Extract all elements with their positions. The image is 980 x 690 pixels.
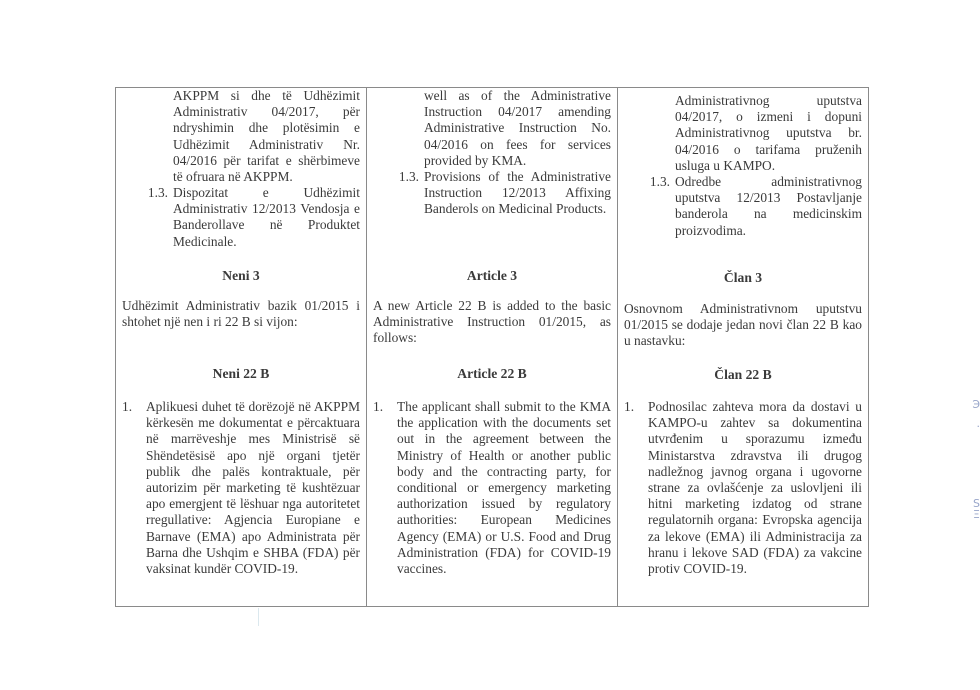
column-english: well as of the Administrative Instructio… <box>367 88 618 606</box>
list-number: 1. <box>624 399 648 577</box>
list-text: Podnosilac zahteva mora da dostavi u KAM… <box>648 399 862 577</box>
article-intro: Osnovnom Administrativnom uputstvu 01/20… <box>624 301 862 350</box>
list-number: 1.3. <box>122 185 173 250</box>
list-item-1: 1. Aplikuesi duhet të dorëzojë në AKPPM … <box>122 399 360 577</box>
list-number: 1. <box>122 399 146 577</box>
scan-artifact-line <box>258 608 259 626</box>
list-item-1-3: 1.3. Provisions of the Administrative In… <box>373 169 611 218</box>
list-number: 1.3. <box>624 174 675 239</box>
article-intro: Udhëzimit Administrativ bazik 01/2015 i … <box>122 298 360 330</box>
list-item-1: 1. The applicant shall submit to the KMA… <box>373 399 611 577</box>
article-intro: A new Article 22 B is added to the basic… <box>373 298 611 347</box>
list-text: The applicant shall submit to the KMA th… <box>397 399 611 577</box>
sub-article-heading: Article 22 B <box>373 366 611 382</box>
column-albanian: AKPPM si dhe të Udhëzimit Administrativ … <box>116 88 367 606</box>
continued-item-text: well as of the Administrative Instructio… <box>373 88 611 169</box>
list-text: Aplikuesi duhet të dorëzojë në AKPPM kër… <box>146 399 360 577</box>
article-heading: Article 3 <box>373 268 611 284</box>
article-heading: Neni 3 <box>122 268 360 284</box>
list-number: 1. <box>373 399 397 577</box>
list-text: Odredbe administrativnog uputstva 12/201… <box>675 174 862 239</box>
sub-article-heading: Član 22 B <box>624 367 862 383</box>
continued-item-text: AKPPM si dhe të Udhëzimit Administrativ … <box>122 88 360 185</box>
list-item-1: 1. Podnosilac zahteva mora da dostavi u … <box>624 399 862 577</box>
trilingual-table: AKPPM si dhe të Udhëzimit Administrativ … <box>115 87 869 607</box>
sub-article-heading: Neni 22 B <box>122 366 360 382</box>
list-item-1-3: 1.3. Odredbe administrativnog uputstva 1… <box>624 174 862 239</box>
article-heading: Član 3 <box>624 270 862 286</box>
scan-edge-mark: Ξ <box>973 508 980 521</box>
continued-item-text: Administrativnog uputstva 04/2017, o izm… <box>624 93 862 174</box>
list-text: Provisions of the Administrative Instruc… <box>424 169 611 218</box>
list-number: 1.3. <box>373 169 424 218</box>
scan-edge-mark: · <box>977 420 980 433</box>
scan-edge-mark: Э <box>972 398 980 411</box>
list-text: Dispozitat e Udhëzimit Administrativ 12/… <box>173 185 360 250</box>
list-item-1-3: 1.3. Dispozitat e Udhëzimit Administrati… <box>122 185 360 250</box>
column-serbian: Administrativnog uputstva 04/2017, o izm… <box>618 88 868 606</box>
